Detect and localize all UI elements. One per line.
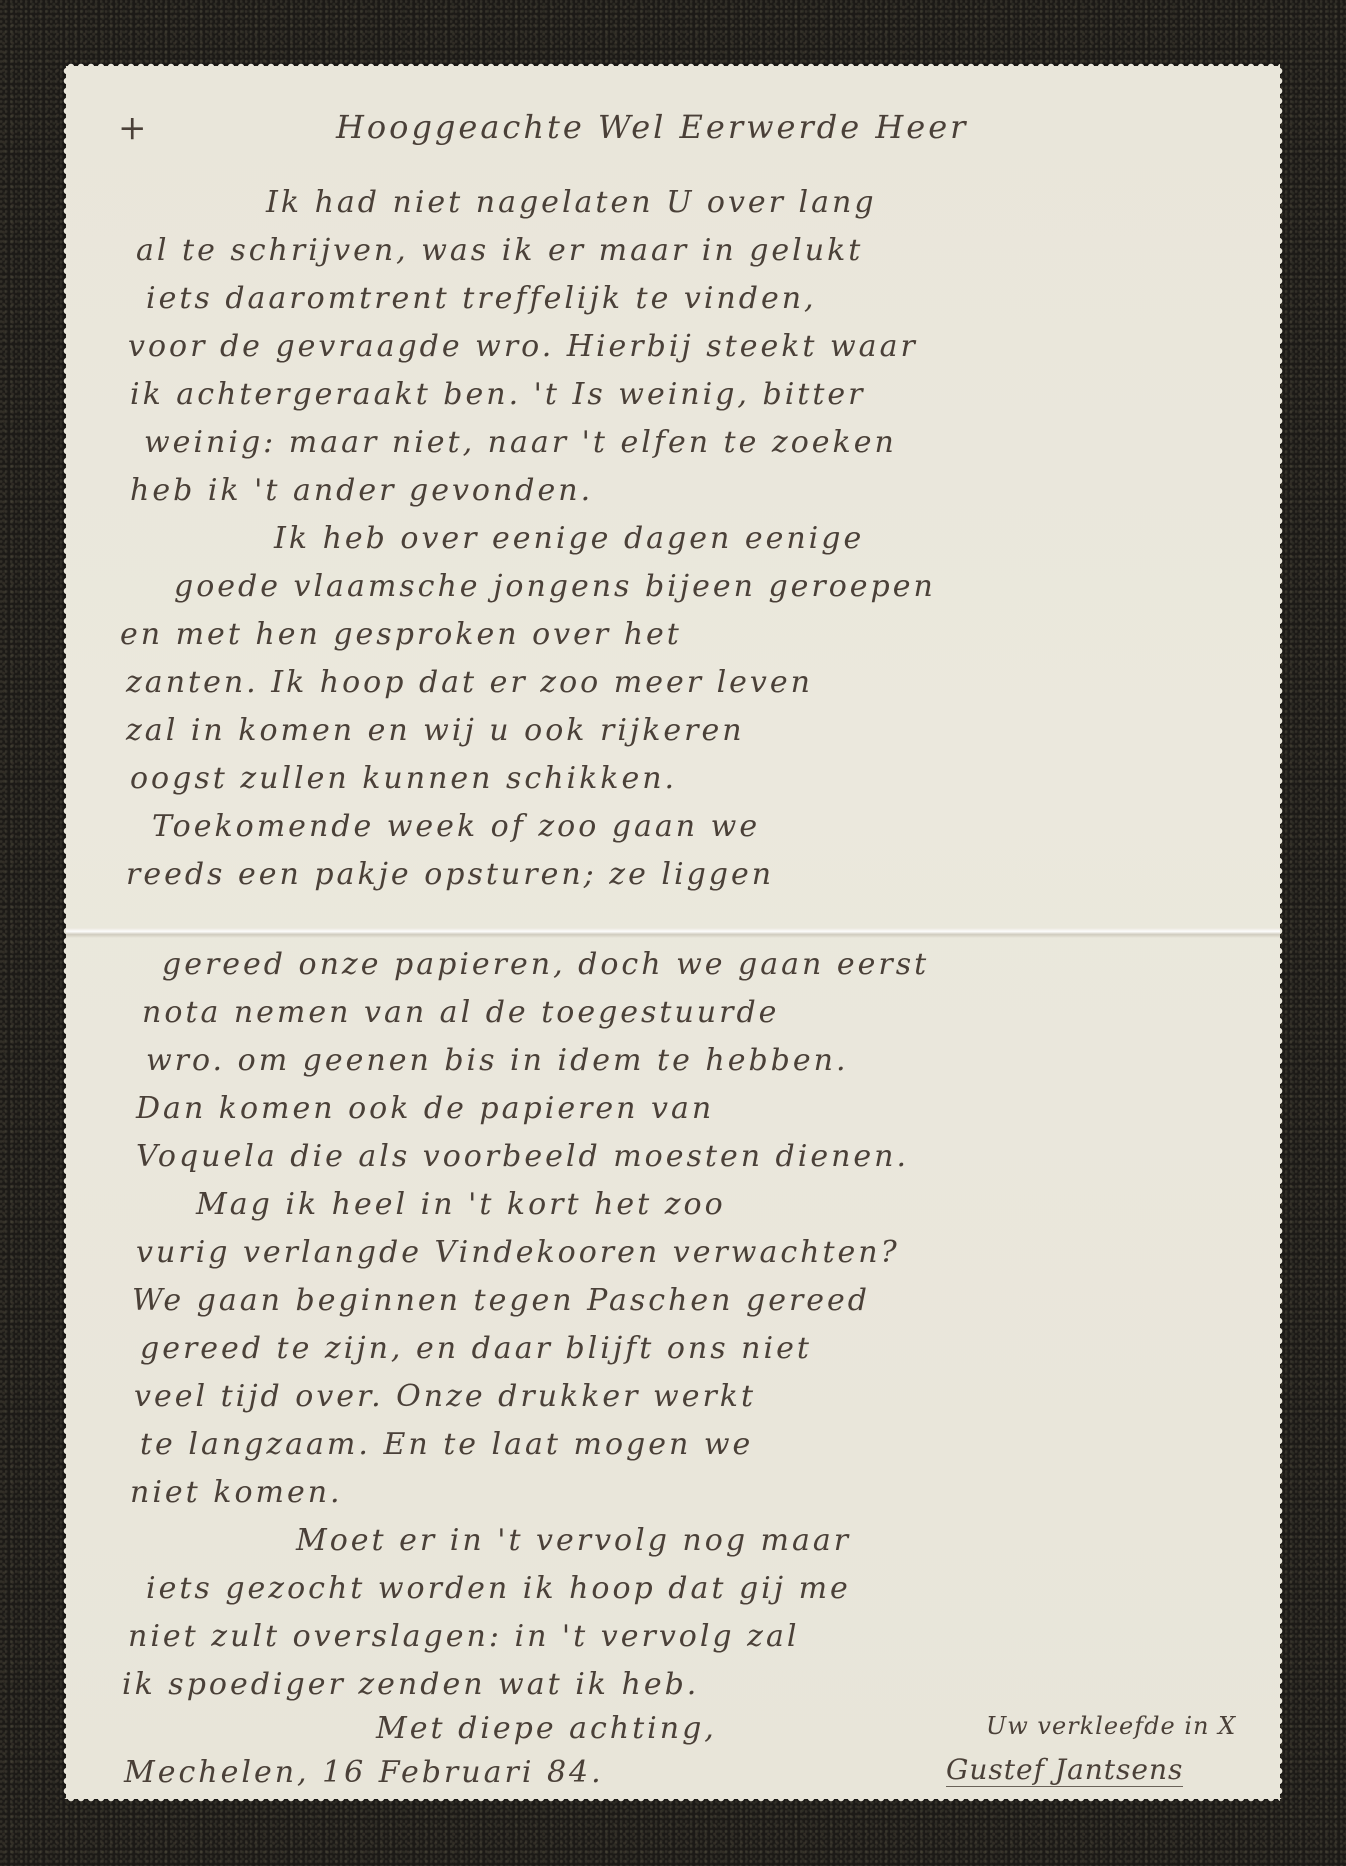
- letter-line: ik achtergeraakt ben. 't Is weinig, bitt…: [130, 380, 866, 410]
- letter-line: en met hen gesproken over het: [120, 620, 682, 650]
- letter-line: te langzaam. En te laat mogen we: [140, 1430, 753, 1460]
- perforated-edge-bottom: [66, 1798, 1280, 1804]
- place-date: Mechelen, 16 Februari 84.: [124, 1758, 604, 1788]
- letter-line: wro. om geenen bis in idem te hebben.: [146, 1046, 848, 1076]
- letter-line: ik spoediger zenden wat ik heb.: [122, 1670, 699, 1700]
- letter-line: gereed onze papieren, doch we gaan eerst: [162, 950, 929, 980]
- letter-line: reeds een pakje opsturen; ze liggen: [126, 860, 774, 890]
- letter-line: Mag ik heel in 't kort het zoo: [196, 1190, 726, 1220]
- letter-line: Ik had niet nagelaten U over lang: [266, 188, 877, 218]
- perforated-edge-top: [66, 61, 1280, 67]
- letter-line: zanten. Ik hoop dat er zoo meer leven: [126, 668, 813, 698]
- letter-line: nota nemen van al de toegestuurde: [142, 998, 779, 1028]
- letter-paper: + Hooggeachte Wel Eerwerde Heer Ik had n…: [66, 66, 1280, 1799]
- letter-line: iets daaromtrent treffelijk te vinden,: [146, 284, 817, 314]
- letter-line: veel tijd over. Onze drukker werkt: [134, 1382, 756, 1412]
- letter-line: vurig verlangde Vindekooren verwachten?: [136, 1238, 900, 1268]
- letter-line: Toekomende week of zoo gaan we: [152, 812, 760, 842]
- letter-line: goede vlaamsche jongens bijeen geroepen: [174, 572, 936, 602]
- margin-cross-mark: +: [118, 111, 150, 145]
- letter-line: heb ik 't ander gevonden.: [130, 476, 593, 506]
- closing-line: Met diepe achting,: [376, 1714, 717, 1744]
- closing-right: Uw verkleefde in X: [986, 1714, 1236, 1738]
- letter-line: weinig: maar niet, naar 't elfen te zoek…: [144, 428, 897, 458]
- signature: Gustef Jantsens: [946, 1756, 1183, 1787]
- letter-line: al te schrijven, was ik er maar in geluk…: [136, 236, 863, 266]
- letter-line: iets gezocht worden ik hoop dat gij me: [146, 1574, 851, 1604]
- salutation: Hooggeachte Wel Eerwerde Heer: [336, 111, 968, 143]
- letter-line: gereed te zijn, en daar blijft ons niet: [140, 1334, 812, 1364]
- letter-line: niet komen.: [130, 1478, 343, 1508]
- letter-line: Dan komen ook de papieren van: [136, 1094, 714, 1124]
- fold-crease: [66, 928, 1280, 938]
- letter-line: zal in komen en wij u ook rijkeren: [126, 716, 745, 746]
- letter-line: We gaan beginnen tegen Paschen gereed: [132, 1286, 870, 1316]
- letter-line: Ik heb over eenige dagen eenige: [274, 524, 864, 554]
- letter-line: voor de gevraagde wro. Hierbij steekt wa…: [128, 332, 918, 362]
- letter-line: oogst zullen kunnen schikken.: [130, 764, 677, 794]
- letter-line: Moet er in 't vervolg nog maar: [296, 1526, 851, 1556]
- letter-line: Voquela die als voorbeeld moesten dienen…: [136, 1142, 909, 1172]
- letter-line: niet zult overslagen: in 't vervolg zal: [128, 1622, 799, 1652]
